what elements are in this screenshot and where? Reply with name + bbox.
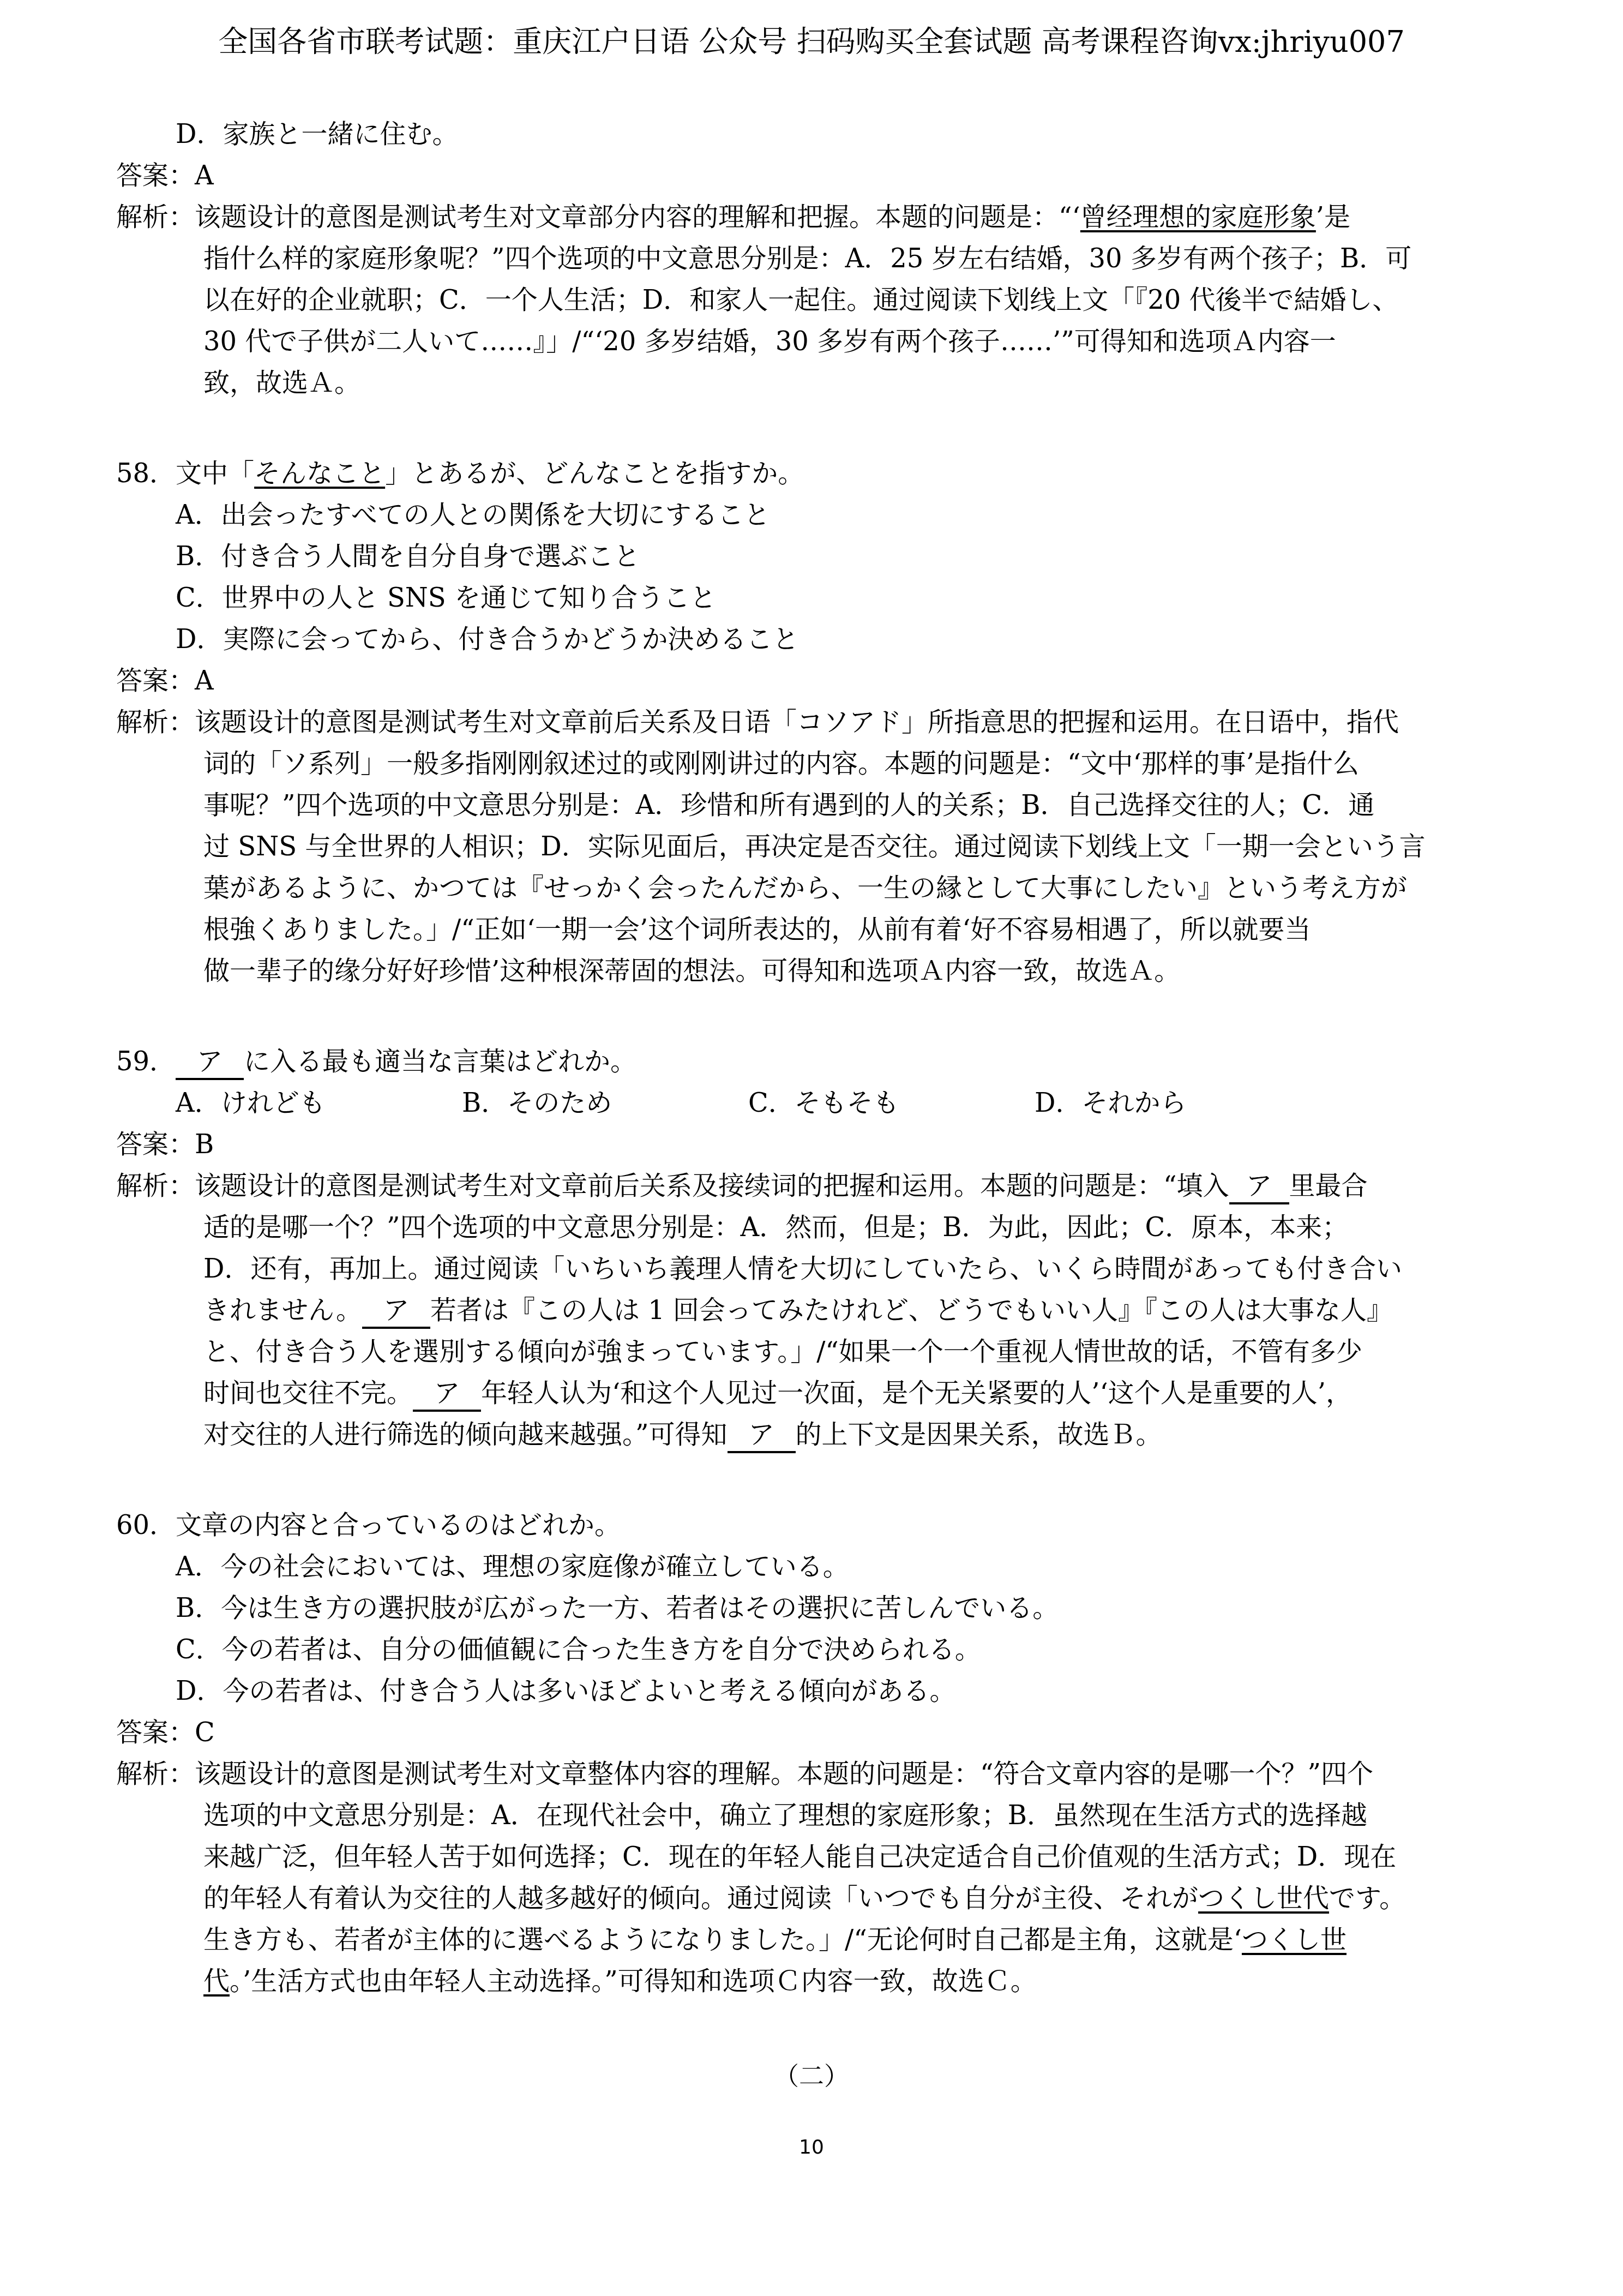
page-header-banner: 全国各省市联考试题：重庆江户日语 公众号 扫码购买全套试题 高考课程咨询vx:j…: [0, 23, 1623, 61]
q60-analysis-line-4: 的年轻人有着认为交往的人越多越好的倾向。通过阅读「いつでも自分が主役、それがつく…: [203, 1878, 1405, 1919]
q60-analysis-line-5: 生き方も、若者が主体的に選べるようになりました。」/“无论何时自己都是主角，这就…: [203, 1919, 1347, 1961]
q59-option-b: B．そのため: [462, 1082, 612, 1124]
q59-option-d: D．それから: [1035, 1082, 1187, 1124]
q57-analysis-line-3: 以在好的企业就职；C．一个人生活；D．和家人一起住。通过阅读下划线上文「『20 …: [203, 279, 1399, 321]
analysis-text: 该题设计的意图是测试考生对文章前后关系及接续词的把握和运用。本题的问题是：“填入: [195, 1171, 1229, 1201]
analysis-label: 解析：: [116, 202, 195, 232]
q58-option-b: B．付き合う人間を自分自身で選ぶこと: [176, 536, 640, 577]
analysis-text: 年轻人认为‘和这个人见过一次面，是个无关紧要的人’‘这个人是重要的人’，: [481, 1378, 1352, 1408]
q59-option-a: A．けれども: [176, 1082, 326, 1124]
q59-analysis-line-6: 时间也交往不完。ア年轻人认为‘和这个人见过一次面，是个无关紧要的人’‘这个人是重…: [203, 1372, 1352, 1414]
q59-analysis-line-4: きれません。ア若者は『この人は 1 回会ってみたけれど、どうでもいい人』『この人…: [203, 1290, 1393, 1331]
analysis-label: 解析：: [116, 707, 195, 738]
analysis-text: 的年轻人有着认为交往的人越多越好的倾向。通过阅读「いつでも自分が主役、それが: [203, 1883, 1198, 1914]
analysis-text: 若者は『この人は 1 回会ってみたけれど、どうでもいい人』『この人は大事な人』: [430, 1295, 1393, 1326]
question-number: 60．: [116, 1510, 176, 1540]
stem-text: 」とあるが、どんなことを指すか。: [385, 458, 804, 489]
underlined-phrase: つくし世: [1242, 1925, 1347, 1955]
q59-stem: 59．アに入る最も適当な言葉はどれか。: [116, 1041, 636, 1082]
q58-analysis-line-3: 事呢？”四个选项的中文意思分别是：A．珍惜和所有遇到的人的关系；B．自己选择交往…: [203, 784, 1374, 826]
analysis-text: 该题设计的意图是测试考生对文章部分内容的理解和把握。本题的问题是：“‘: [195, 202, 1080, 232]
q60-option-c: C．今の若者は、自分の価値観に合った生き方を自分で決められる。: [176, 1629, 981, 1670]
analysis-text: 该题设计的意图是测试考生对文章整体内容的理解。本题的问题是：“符合文章内容的是哪…: [195, 1759, 1373, 1789]
q60-stem: 60．文章の内容と合っているのはどれか。: [116, 1504, 621, 1546]
q59-answer: 答案：B: [116, 1124, 214, 1165]
q58-stem: 58．文中「そんなこと」とあるが、どんなことを指すか。: [116, 453, 804, 494]
underlined-phrase: 曾经理想的家庭形象: [1080, 202, 1316, 232]
fill-in-blank: ア: [728, 1418, 796, 1453]
analysis-text: 。’生活方式也由年轻人主动选择。”可得知和选项Ｃ内容一致，故选Ｃ。: [230, 1966, 1037, 1997]
q60-analysis-line-2: 选项的中文意思分别是：A．在现代社会中，确立了理想的家庭形象；B．虽然现在生活方…: [203, 1795, 1367, 1836]
q57-answer: 答案：A: [116, 155, 214, 196]
fill-in-blank: ア: [176, 1045, 244, 1080]
underlined-phrase: つくし世代: [1198, 1883, 1329, 1914]
q58-analysis-line-2: 词的「ソ系列」一般多指刚刚叙述过的或刚刚讲过的内容。本题的问题是：“文中‘那样的…: [203, 743, 1359, 784]
answer-value: A: [195, 160, 214, 191]
stem-text: に入る最も適当な言葉はどれか。: [244, 1046, 636, 1077]
q57-analysis-line-4: 30 代で子供が二人いて……』」/“‘20 多岁结婚，30 多岁有两个孩子……’…: [203, 321, 1336, 362]
answer-value: B: [195, 1129, 214, 1160]
answer-value: C: [195, 1717, 215, 1748]
q57-analysis-line-1: 解析：该题设计的意图是测试考生对文章部分内容的理解和把握。本题的问题是：“‘曾经…: [116, 196, 1350, 238]
q58-option-c: C．世界中の人と SNS を通じて知り合うこと: [176, 577, 716, 619]
q60-analysis-line-1: 解析：该题设计的意图是测试考生对文章整体内容的理解。本题的问题是：“符合文章内容…: [116, 1753, 1373, 1795]
q59-analysis-line-1: 解析：该题设计的意图是测试考生对文章前后关系及接续词的把握和运用。本题的问题是：…: [116, 1165, 1368, 1207]
analysis-text: きれません。: [203, 1295, 362, 1326]
q60-option-d: D．今の若者は、付き合う人は多いほどよいと考える傾向がある。: [176, 1670, 956, 1712]
q60-answer: 答案：C: [116, 1712, 215, 1753]
analysis-label: 解析：: [116, 1171, 195, 1201]
analysis-text: 该题设计的意图是测试考生对文章前后关系及日语「コソアド」所指意思的把握和运用。在…: [195, 707, 1399, 738]
question-number: 59．: [116, 1046, 176, 1077]
q59-options-row: A．けれども B．そのため C．そもそも D．それから: [176, 1082, 1266, 1124]
q58-option-a: A．出会ったすべての人との関係を大切にすること: [176, 494, 770, 536]
analysis-text: ’是: [1316, 202, 1350, 232]
q58-analysis-line-7: 做一辈子的缘分好好珍惜’这种根深蒂固的想法。可得知和选项Ａ内容一致，故选Ａ。: [203, 950, 1180, 992]
underlined-phrase: そんなこと: [254, 458, 385, 489]
q58-analysis-line-1: 解析：该题设计的意图是测试考生对文章前后关系及日语「コソアド」所指意思的把握和运…: [116, 702, 1399, 743]
fill-in-blank: ア: [362, 1294, 430, 1329]
q60-analysis-line-3: 来越广泛，但年轻人苦于如何选择；C．现在的年轻人能自己决定适合自己价值观的生活方…: [203, 1836, 1396, 1878]
q59-option-c: C．そもそも: [748, 1082, 899, 1124]
q58-answer: 答案：A: [116, 660, 214, 702]
q58-analysis-line-5: 葉があるように、かつては『せっかく会ったんだから、一生の縁として大事にしたい』と…: [203, 867, 1407, 909]
q59-analysis-line-7: 对交往的人进行筛选的倾向越来越强。”可得知ア的上下文是因果关系，故选Ｂ。: [203, 1414, 1162, 1455]
stem-text: 文章の内容と合っているのはどれか。: [176, 1510, 621, 1540]
stem-text: 文中「: [176, 458, 254, 489]
answer-label: 答案：: [116, 160, 195, 191]
q60-option-b: B．今は生き方の選択肢が広がった一方、若者はその選択に苦しんでいる。: [176, 1587, 1059, 1629]
analysis-text: 对交往的人进行筛选的倾向越来越强。”可得知: [203, 1419, 728, 1450]
answer-value: A: [195, 666, 214, 696]
page-number: 10: [0, 2134, 1623, 2161]
fill-in-blank: ア: [1229, 1170, 1289, 1204]
q60-analysis-line-6: 代。’生活方式也由年轻人主动选择。”可得知和选项Ｃ内容一致，故选Ｃ。: [203, 1961, 1037, 2002]
fill-in-blank: ア: [413, 1377, 481, 1412]
underlined-phrase: 代: [203, 1966, 230, 1997]
q57-analysis-line-2: 指什么样的家庭形象呢？”四个选项的中文意思分别是：A．25 岁左右结婚，30 多…: [203, 238, 1411, 279]
q58-analysis-line-4: 过 SNS 与全世界的人相识；D．实际见面后，再决定是否交往。通过阅读下划线上文…: [203, 826, 1426, 867]
answer-label: 答案：: [116, 1129, 195, 1160]
q57-analysis-line-5: 致，故选Ａ。: [203, 362, 360, 404]
q58-analysis-line-6: 根強くありました。」/“正如‘一期一会’这个词所表达的，从前有着‘好不容易相遇了…: [203, 909, 1311, 950]
analysis-text: 时间也交往不完。: [203, 1378, 413, 1408]
answer-label: 答案：: [116, 1717, 195, 1748]
q58-option-d: D．実際に会ってから、付き合うかどうか決めること: [176, 619, 799, 660]
document-page: 全国各省市联考试题：重庆江户日语 公众号 扫码购买全套试题 高考课程咨询vx:j…: [0, 0, 1623, 2296]
q60-option-a: A．今の社会においては、理想の家庭像が確立している。: [176, 1546, 849, 1587]
q59-analysis-line-5: と、付き合う人を選別する傾向が強まっています。」/“如果一个一个重视人情世故的话…: [203, 1331, 1362, 1372]
analysis-text: 里最合: [1289, 1171, 1368, 1201]
question-number: 58．: [116, 458, 176, 489]
analysis-text: です。: [1329, 1883, 1405, 1914]
q57-option-d: D．家族と一緒に住む。: [176, 113, 459, 155]
analysis-text: 生き方も、若者が主体的に選べるようになりました。」/“无论何时自己都是主角，这就…: [203, 1925, 1242, 1955]
section-marker: （二）: [0, 2057, 1623, 2095]
answer-label: 答案：: [116, 666, 195, 696]
q59-analysis-line-2: 适的是哪一个？”四个选项的中文意思分别是：A．然而，但是；B．为此，因此；C．原…: [203, 1207, 1348, 1248]
analysis-label: 解析：: [116, 1759, 195, 1789]
q59-analysis-line-3: D．还有，再加上。通过阅读「いちいち義理人情を大切にしていたら、いくら時間があっ…: [203, 1248, 1402, 1290]
analysis-text: 的上下文是因果关系，故选Ｂ。: [796, 1419, 1162, 1450]
